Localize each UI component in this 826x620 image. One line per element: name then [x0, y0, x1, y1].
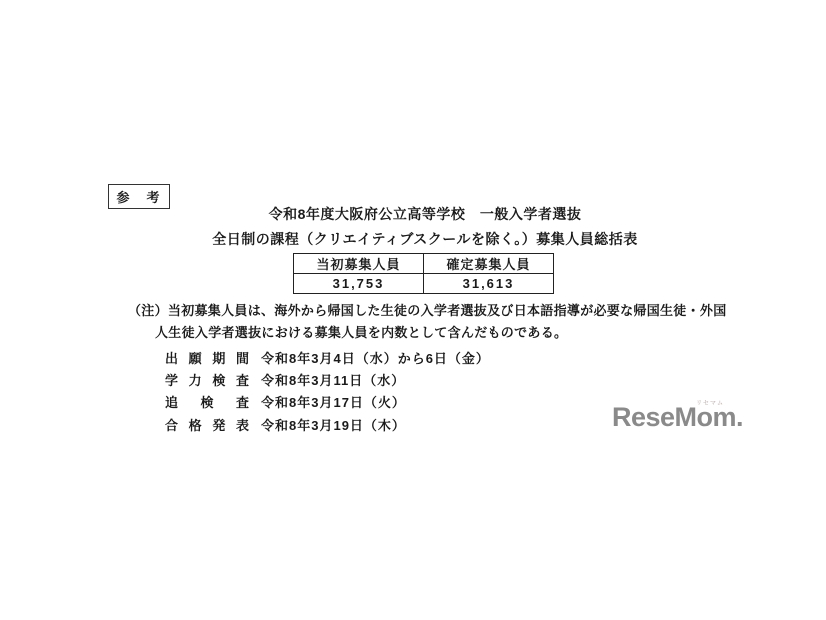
schedule-value: 令和8年3月4日（水）から6日（金）	[261, 348, 490, 367]
reference-label: 参 考	[116, 187, 161, 206]
schedule-row-academic-test: 学力検査 令和8年3月11日（水）	[165, 368, 490, 390]
schedule-label: 出願期間	[165, 348, 249, 367]
value-initial-recruitment: 31,753	[294, 274, 424, 294]
header-initial-recruitment: 当初募集人員	[294, 254, 424, 274]
recruitment-summary-table: 当初募集人員 確定募集人員 31,753 31,613	[293, 253, 554, 294]
note-line-1: （注）当初募集人員は、海外から帰国した生徒の入学者選抜及び日本語指導が必要な帰国…	[128, 300, 728, 322]
schedule-label: 学力検査	[165, 370, 249, 389]
schedule-label: 追検査	[165, 392, 249, 411]
document-page: 参 考 令和8年度大阪府公立高等学校 一般入学者選抜 全日制の課程（クリエイティ…	[0, 0, 826, 620]
schedule-label: 合格発表	[165, 415, 249, 434]
schedule-row-makeup-test: 追検査 令和8年3月17日（火）	[165, 391, 490, 413]
document-title: 令和8年度大阪府公立高等学校 一般入学者選抜 全日制の課程（クリエイティブスクー…	[113, 205, 737, 248]
schedule-list: 出願期間 令和8年3月4日（水）から6日（金） 学力検査 令和8年3月11日（水…	[165, 346, 490, 436]
title-line-2: 全日制の課程（クリエイティブスクールを除く。）募集人員総括表	[113, 230, 737, 248]
resemom-logo-text: ReseMom.	[612, 402, 743, 433]
note: （注）当初募集人員は、海外から帰国した生徒の入学者選抜及び日本語指導が必要な帰国…	[128, 300, 728, 344]
title-line-1: 令和8年度大阪府公立高等学校 一般入学者選抜	[113, 205, 737, 223]
schedule-value: 令和8年3月19日（木）	[261, 415, 406, 434]
value-final-recruitment: 31,613	[424, 274, 554, 294]
schedule-value: 令和8年3月17日（火）	[261, 392, 406, 411]
schedule-value: 令和8年3月11日（水）	[261, 370, 405, 389]
schedule-row-application-period: 出願期間 令和8年3月4日（水）から6日（金）	[165, 346, 490, 368]
header-final-recruitment: 確定募集人員	[424, 254, 554, 274]
schedule-row-results-announcement: 合格発表 令和8年3月19日（木）	[165, 413, 490, 435]
table-header-row: 当初募集人員 確定募集人員	[294, 254, 554, 274]
note-line-2: 人生徒入学者選抜における募集人員を内数として含んだものである。	[128, 322, 728, 344]
resemom-logo: リセマム ReseMom.	[612, 398, 742, 438]
table-value-row: 31,753 31,613	[294, 274, 554, 294]
